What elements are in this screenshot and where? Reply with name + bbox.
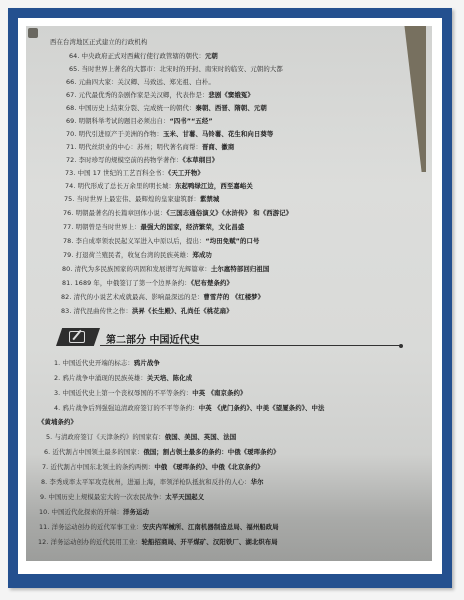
list-item: 10. 中国近代化探索的开端：洋务运动 [39, 508, 149, 516]
list-item: 80. 清代为多民族国家的巩固和发展谱写光辉篇章：土尔扈特部回归祖国 [62, 265, 269, 273]
section-title: 第二部分 中国近代史 [106, 331, 199, 346]
list-item: 2. 鸦片战争中涌现的民族英雄：关天培、陈化成 [54, 374, 192, 382]
section-badge [56, 328, 100, 346]
list-item: 81. 1689 年，中俄签订了第一个边界条约：《尼布楚条约》 [62, 279, 233, 287]
list-item: 3. 中国近代史上第一个丧权辱国的不平等条约：中英 《南京条约》 [54, 389, 247, 397]
list-item: 68. 中国历史上结束分裂、完成统一的朝代：秦朝、西晋、隋朝、元朝 [66, 104, 267, 112]
list-item: 9. 中国历史上规模最宏大的一次农民战争：太平天国起义 [40, 493, 204, 501]
list-item: 12. 洋务运动创办的近代民用工业：轮船招商局、开平煤矿、汉阳铁厂、湖北织布局 [38, 538, 278, 546]
pencil-note-icon [69, 331, 85, 343]
list-item: 11. 洋务运动创办的近代军事工业：安庆内军械所、江南机器制造总局、福州船政局 [39, 523, 279, 531]
list-item: 72. 李时珍写的规模空前的药物学著作：《本草纲目》 [66, 156, 218, 164]
list-item: 5. 与清政府签订《天津条约》的国家有：俄国、美国、英国、法国 [46, 433, 236, 441]
list-item-continuation: 《黄埔条约》 [38, 418, 77, 426]
list-item: 1. 中国近代史开端的标志：鸦片战争 [54, 359, 160, 367]
list-item: 69. 明朝科举考试的题目必须出自：“四书”“五经” [66, 117, 213, 125]
document-page: 西在台湾地区正式建立的行政机构 64. 中央政府正式对西藏行使行政管辖的朝代：元… [26, 26, 432, 561]
list-item: 71. 明代丝织业的中心：苏州；明代著名商帮：晋商、徽商 [66, 143, 234, 151]
page-top-fragment: 西在台湾地区正式建立的行政机构 [50, 38, 147, 46]
list-item: 66. 元曲四大家：关汉卿、马致远、郑光祖、白朴。 [66, 78, 215, 86]
list-item: 65. 当时世界上著名的大都市：北宋时的开封、南宋时的临安、元朝的大都 [69, 65, 283, 73]
list-item: 4. 鸦片战争后列强强迫清政府签订的不平等条约：中英 《虎门条约》、中美《望厦条… [54, 404, 325, 412]
section-divider [100, 345, 400, 346]
list-item: 78. 李自成率领农民起义军进入中原以后，提出：“均田免赋”的口号 [63, 237, 259, 245]
list-item: 64. 中央政府正式对西藏行使行政管辖的朝代：元朝 [69, 52, 218, 60]
list-item: 73. 中国 17 世纪的工艺百科全书：《天工开物》 [65, 169, 204, 177]
page-shadow [404, 26, 426, 172]
list-item: 77. 明朝曾是当时世界上：最强大的国家，经济繁荣，文化昌盛 [63, 223, 244, 231]
list-item: 6. 近代割占中国领土最多的国家：俄国；割占领土最多的条约：中俄《瑷珲条约》 [44, 448, 280, 456]
list-item: 70. 明代引进原产于美洲的作物：玉米、甘薯、马铃薯、花生和向日葵等 [66, 130, 273, 138]
section-header: 第二部分 中国近代史 [56, 328, 396, 348]
picture-frame: 西在台湾地区正式建立的行政机构 64. 中央政府正式对西藏行使行政管辖的朝代：元… [8, 8, 452, 588]
list-item: 74. 明代形成了总长万余里的明长城：东起鸭绿江边，西至嘉峪关 [65, 182, 253, 190]
list-item: 67. 元代最优秀的杂剧作家是关汉卿，代表作是：悲剧《窦娥冤》 [66, 91, 254, 99]
frame-mat: 西在台湾地区正式建立的行政机构 64. 中央政府正式对西藏行使行政管辖的朝代：元… [18, 18, 442, 574]
list-item: 82. 清代的小说艺术成就最高、影响最深远的是：曹雪芹的 《红楼梦》 [61, 293, 264, 301]
list-item: 7. 近代割占中国东北领土的条约两例：中俄 《瑷珲条约》、中俄《北京条约》 [42, 463, 264, 471]
list-item: 8. 李秀成率太平军攻克杭州，进逼上海，率领洋枪队抵抗和反扑的人心：华尔 [41, 478, 264, 486]
list-item: 83. 清代昆曲传世之作：洪昇《长生殿》、孔尚任《桃花扇》 [61, 307, 233, 315]
list-item: 79. 打退荷兰殖民者，收复台湾的民族英雄：郑成功 [63, 251, 212, 259]
page-corner-fold [28, 28, 38, 38]
list-item: 76. 明朝最著名的长篇章回体小说：《三国志通俗演义》《水浒传》 和《西游记》 [63, 209, 292, 217]
list-item: 75. 当时世界上最宏伟、最辉煌的皇家建筑群：紫禁城 [64, 195, 219, 203]
